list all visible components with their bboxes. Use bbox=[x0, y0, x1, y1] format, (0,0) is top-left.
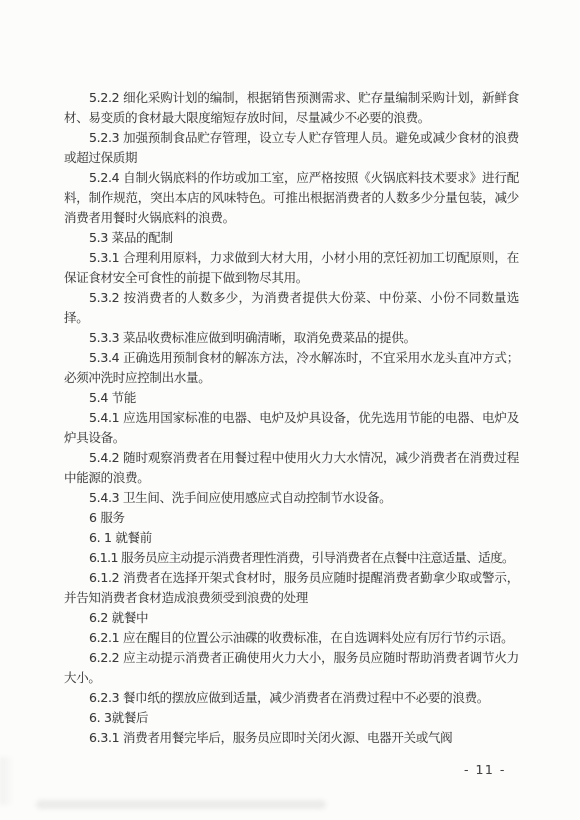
page-number: - 11 - bbox=[464, 762, 506, 777]
clause-5-3-4: 5.3.4 正确选用预制食材的解冻方法，冷水解冻时，不宜采用水龙头直冲方式；必须… bbox=[64, 348, 519, 388]
scan-artifact-smudge bbox=[36, 800, 326, 809]
clause-6-3-1: 6.3.1 消费者用餐完毕后，服务员应即时关闭火源、电器开关或气阀 bbox=[64, 728, 519, 748]
clause-5-2-4: 5.2.4 自制火锅底料的作坊或加工室，应严格按照《火锅底料技术要求》进行配料，… bbox=[64, 168, 519, 228]
section-heading-6-1: 6. 1 就餐前 bbox=[64, 528, 519, 548]
clause-5-2-2: 5.2.2 细化采购计划的编制，根据销售预测需求、贮存量编制采购计划，新鲜食材、… bbox=[64, 88, 519, 128]
section-heading-6-2: 6.2 就餐中 bbox=[64, 608, 519, 628]
clause-5-4-3: 5.4.3 卫生间、洗手间应使用感应式自动控制节水设备。 bbox=[64, 488, 519, 508]
clause-6-1-1: 6.1.1 服务员应主动提示消费者理性消费，引导消费者在点餐中注意适量、适度。 bbox=[64, 548, 519, 568]
section-heading-5-4: 5.4 节能 bbox=[64, 388, 519, 408]
clause-5-3-1: 5.3.1 合理利用原料，力求做到大材大用，小材小用的烹饪初加工切配原则，在保证… bbox=[64, 248, 519, 288]
section-heading-6: 6 服务 bbox=[64, 508, 519, 528]
scan-artifact-edge bbox=[0, 757, 14, 805]
clause-5-3-2: 5.3.2 按消费者的人数多少，为消费者提供大份菜、中份菜、小份不同数量选择。 bbox=[64, 288, 519, 328]
clause-6-2-3: 6.2.3 餐巾纸的摆放应做到适量，减少消费者在消费过程中不必要的浪费。 bbox=[64, 688, 519, 708]
clause-5-3-3: 5.3.3 菜品收费标准应做到明确清晰，取消免费菜品的提供。 bbox=[64, 328, 519, 348]
document-page: 5.2.2 细化采购计划的编制，根据销售预测需求、贮存量编制采购计划，新鲜食材、… bbox=[0, 0, 580, 820]
clause-6-2-2: 6.2.2 应主动提示消费者正确使用火力大小，服务员应随时帮助消费者调节火力大小… bbox=[64, 648, 519, 688]
clause-6-2-1: 6.2.1 应在醒目的位置公示油碟的收费标准，在自选调料处应有厉行节约示语。 bbox=[64, 628, 519, 648]
section-heading-6-3: 6. 3就餐后 bbox=[64, 708, 519, 728]
clause-5-4-2: 5.4.2 随时观察消费者在用餐过程中使用火力大水情况，减少消费者在消费过程中能… bbox=[64, 448, 519, 488]
clause-5-2-3: 5.2.3 加强预制食品贮存管理，设立专人贮存管理人员。避免或减少食材的浪费或超… bbox=[64, 128, 519, 168]
clause-list: 5.2.2 细化采购计划的编制，根据销售预测需求、贮存量编制采购计划，新鲜食材、… bbox=[64, 88, 519, 748]
clause-6-1-2: 6.1.2 消费者在选择开架式食材时，服务员应随时提醒消费者勤拿少取或警示，并告… bbox=[64, 568, 519, 608]
section-heading-5-3: 5.3 菜品的配制 bbox=[64, 228, 519, 248]
clause-5-4-1: 5.4.1 应选用国家标准的电器、电炉及炉具设备，优先选用节能的电器、电炉及炉具… bbox=[64, 408, 519, 448]
